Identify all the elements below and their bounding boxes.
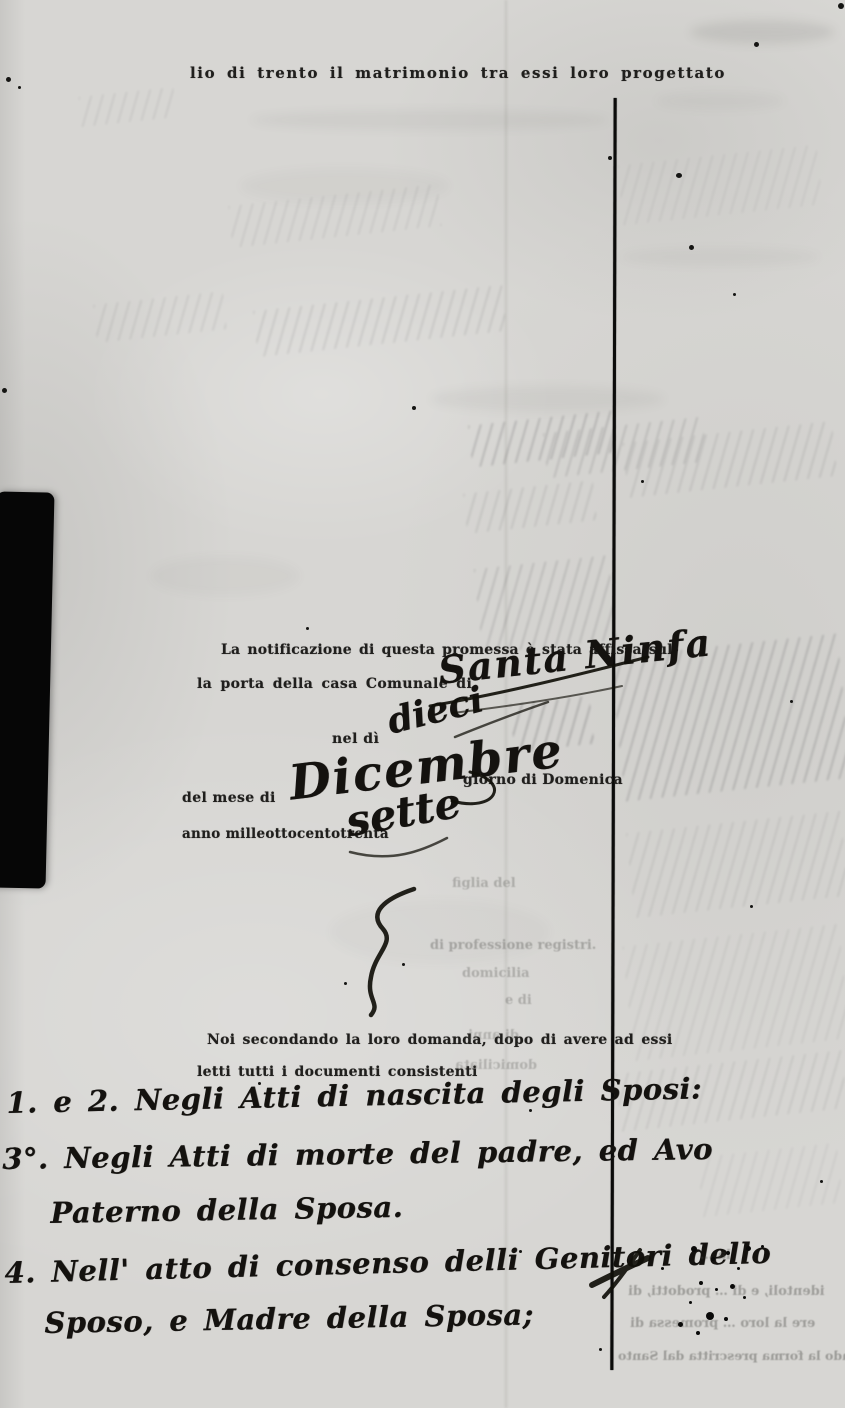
bleedthrough-hatch	[79, 87, 177, 127]
ink-speck	[306, 627, 309, 630]
ink-splatter	[761, 1245, 764, 1248]
ink-splatter	[737, 1267, 740, 1270]
bleed-mirror-line: identoli, e di … prodotti, di	[628, 1284, 825, 1299]
ink-splatter	[689, 1301, 692, 1304]
bleed-mirror-line: ere la loro … promessa di	[630, 1316, 815, 1331]
bleed-fragment: e di	[505, 993, 532, 1008]
ink-splatter	[696, 1331, 700, 1335]
ink-speck	[689, 245, 694, 250]
ink-speck	[641, 480, 644, 483]
smudge-band	[150, 556, 300, 596]
ink-splatter	[711, 1257, 715, 1261]
ink-splatter	[743, 1296, 746, 1299]
ink-splatter	[746, 1246, 751, 1251]
handwritten-list-line5: Sposo, e Madre della Sposa;	[44, 1297, 534, 1340]
ink-speck	[529, 1109, 532, 1112]
bleedthrough-hatch	[617, 145, 822, 226]
ink-speck	[608, 156, 612, 160]
ink-splatter	[715, 1288, 718, 1291]
scanned-document-page: lio di trento il matrimonio tra essi lor…	[0, 0, 845, 1408]
bleedthrough-hatch	[93, 291, 226, 342]
bleed-fragment: domicilia	[462, 966, 530, 981]
ink-splatter	[661, 1267, 664, 1270]
handwritten-list-line2: 3°. Negli Atti di morte del padre, ed Av…	[2, 1132, 713, 1176]
printed-secondando-line1: Noi secondando la loro domanda, dopo di …	[207, 1032, 673, 1048]
ink-splatter	[724, 1317, 728, 1321]
ink-speck	[258, 1082, 261, 1085]
ink-splatter	[706, 1312, 714, 1320]
ink-splatter	[678, 1322, 683, 1327]
scanner-black-strip	[0, 491, 54, 888]
printed-top-line: lio di trento il matrimonio tra essi lor…	[190, 64, 726, 82]
handwritten-list-line4: 4. Nell' atto di consenso delli Genitori…	[4, 1236, 772, 1290]
paper-crease-line	[505, 0, 507, 1408]
ink-speck	[412, 406, 416, 410]
ink-splatter	[691, 1246, 697, 1252]
ink-speck	[676, 173, 682, 178]
bleed-mirror-line: chiesa secondo la forma prescritta dal S…	[618, 1348, 845, 1363]
bleed-fragment: figlia del	[452, 876, 516, 891]
bleed-fragment-mirrored: domiciliata	[455, 1058, 537, 1073]
bleedthrough-hatch	[463, 480, 596, 533]
ink-speck	[733, 293, 736, 296]
handwritten-list-line1: 1. e 2. Negli Atti di nascita degli Spos…	[6, 1071, 702, 1120]
ink-speck	[344, 982, 347, 985]
smudge-band	[655, 92, 785, 110]
vertical-rule-line	[610, 98, 616, 1370]
ink-speck	[820, 1180, 823, 1183]
ink-speck	[402, 963, 405, 966]
ink-speck	[6, 77, 11, 82]
ink-splatter	[730, 1284, 735, 1289]
smudge-band	[250, 110, 610, 130]
ink-speck	[754, 42, 759, 47]
bleedthrough-hatch	[626, 811, 845, 918]
smudge-band	[330, 900, 550, 964]
ink-speck	[750, 905, 753, 908]
ink-speck	[838, 3, 844, 9]
ink-speck	[2, 388, 7, 393]
smudge-band	[690, 20, 835, 44]
bleedthrough-hatch	[253, 285, 506, 357]
ink-speck	[790, 700, 793, 703]
ink-speck	[599, 1348, 602, 1351]
printed-del-mese-label: del mese di	[182, 790, 276, 806]
bleed-fragment-mirrored: di anni	[468, 1028, 519, 1043]
ink-splatter	[699, 1281, 703, 1285]
smudge-band	[620, 248, 820, 266]
ink-speck	[18, 86, 21, 89]
bleed-fragment: di professione registri.	[430, 938, 596, 953]
smudge-band	[430, 386, 665, 412]
ink-splatter	[726, 1251, 730, 1255]
handwritten-list-line3: Paterno della Sposa.	[50, 1190, 403, 1230]
ink-speck	[519, 1250, 522, 1253]
